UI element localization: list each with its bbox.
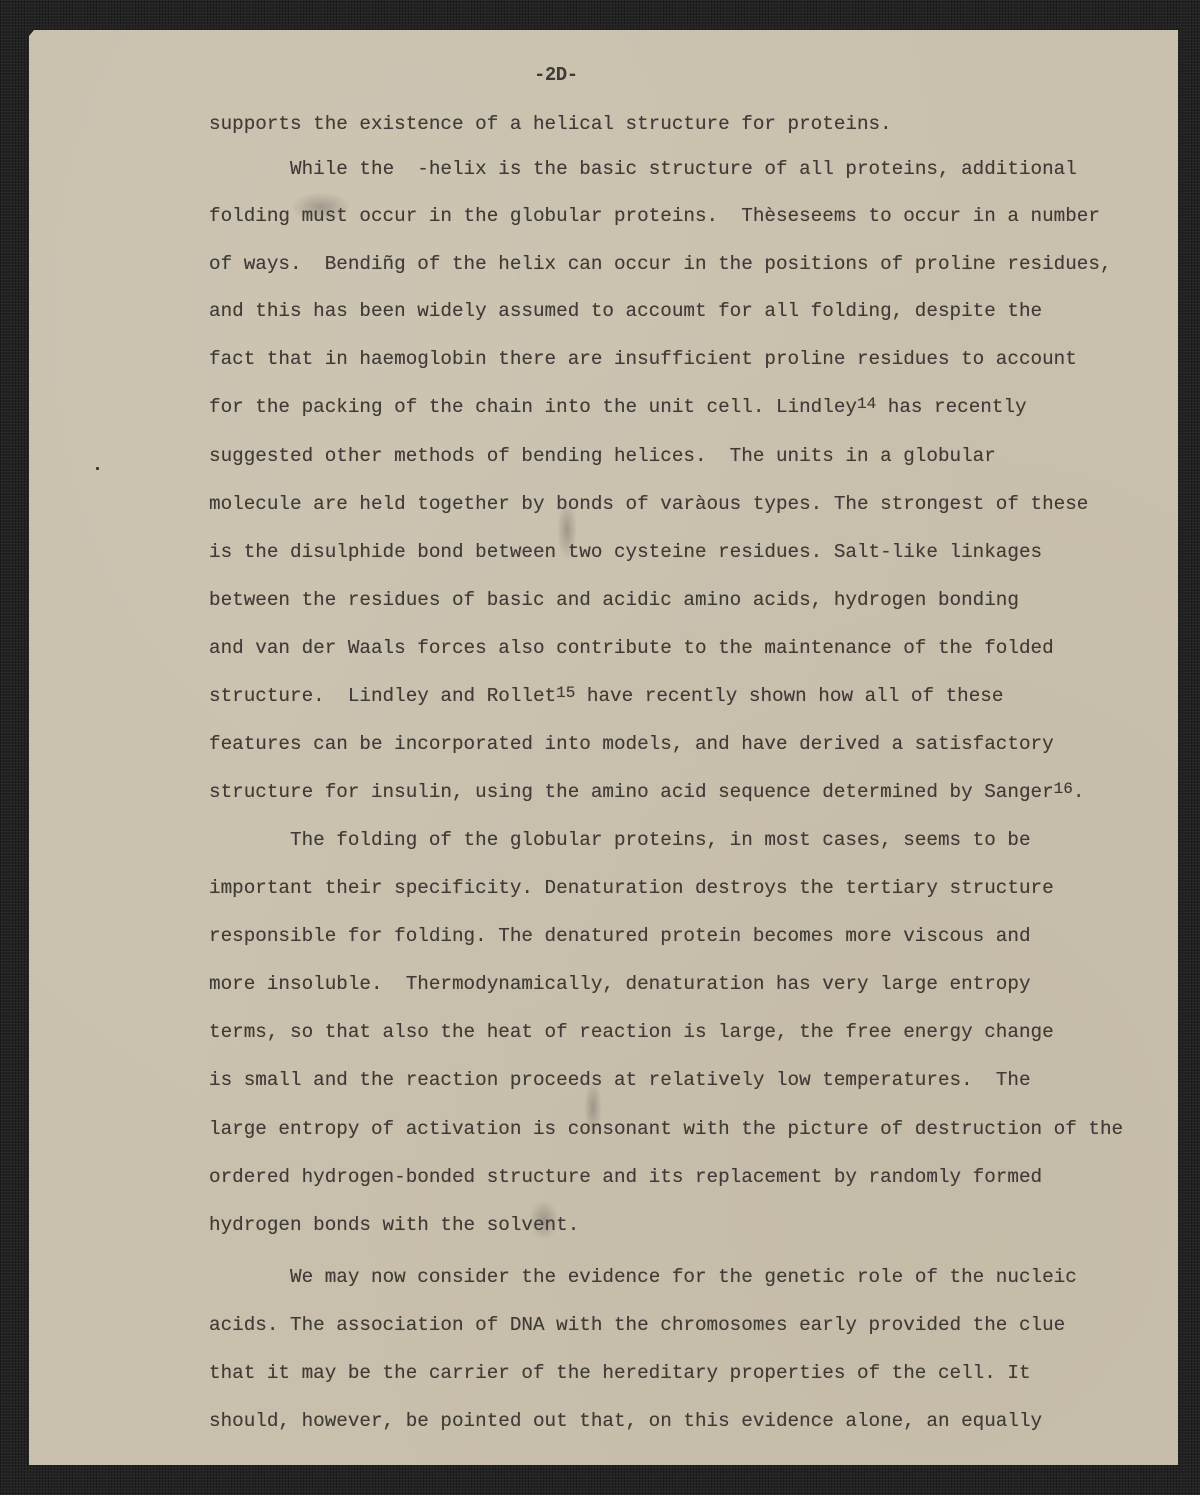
page-number: -2D- [534, 64, 578, 86]
text-line: is the disulphide bond between two cyste… [209, 543, 1042, 562]
footnote-reference: 14 [857, 395, 876, 413]
text-line: suggested other methods of bending helic… [209, 447, 996, 466]
text-line: fact that in haemoglobin there are insuf… [209, 350, 1077, 369]
text-line: and this has been widely assumed to acco… [209, 302, 1042, 321]
text-line: acids. The association of DNA with the c… [209, 1316, 1065, 1335]
text-line: between the residues of basic and acidic… [209, 591, 1019, 610]
text-segment: structure. Lindley and Rollet [209, 685, 556, 707]
text-line: ordered hydrogen-bonded structure and it… [209, 1168, 1042, 1187]
text-line: that it may be the carrier of the heredi… [209, 1364, 1031, 1383]
text-line: should, however, be pointed out that, on… [209, 1412, 1042, 1431]
text-line: responsible for folding. The denatured p… [209, 927, 1031, 946]
document-page: -2D- supports the existence of a helical… [29, 30, 1178, 1465]
text-segment: structure for insulin, using the amino a… [209, 781, 1054, 803]
text-line: is small and the reaction proceeds at re… [209, 1071, 1031, 1090]
text-line: for the packing of the chain into the un… [209, 398, 1027, 417]
paper-speck [96, 467, 99, 470]
text-segment: . [1073, 781, 1085, 803]
text-line: folding must occur in the globular prote… [209, 207, 1100, 226]
text-line: structure. Lindley and Rollet15 have rec… [209, 687, 1003, 706]
footnote-reference: 15 [556, 684, 575, 702]
text-line: We may now consider the evidence for the… [290, 1268, 1077, 1287]
text-line: large entropy of activation is consonant… [209, 1120, 1123, 1139]
text-line: While the -helix is the basic structure … [290, 160, 1077, 179]
text-line: terms, so that also the heat of reaction… [209, 1023, 1054, 1042]
text-segment: have recently shown how all of these [575, 685, 1003, 707]
footnote-reference: 16 [1054, 780, 1073, 798]
text-line: and van der Waals forces also contribute… [209, 639, 1054, 658]
text-line: of ways. Bendiñg of the helix can occur … [209, 255, 1112, 274]
text-line: more insoluble. Thermodynamically, denat… [209, 975, 1031, 994]
text-line: hydrogen bonds with the solvent. [209, 1216, 579, 1235]
text-line: important their specificity. Denaturatio… [209, 879, 1054, 898]
text-line: The folding of the globular proteins, in… [290, 831, 1031, 850]
text-line: features can be incorporated into models… [209, 735, 1054, 754]
text-line: supports the existence of a helical stru… [209, 115, 892, 134]
text-segment: for the packing of the chain into the un… [209, 396, 857, 418]
text-line: molecule are held together by bonds of v… [209, 495, 1088, 514]
text-line: structure for insulin, using the amino a… [209, 783, 1084, 802]
text-segment: has recently [876, 396, 1026, 418]
